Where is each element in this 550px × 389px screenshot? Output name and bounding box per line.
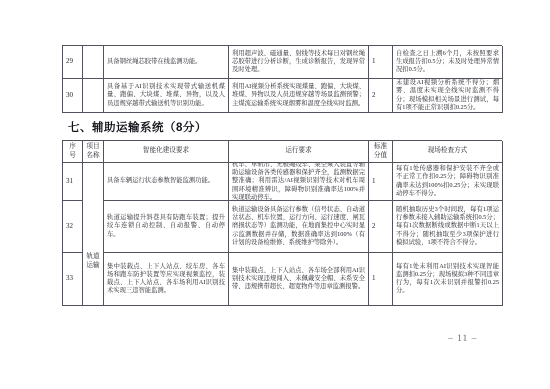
operation-requirement-cell: 机车、单轨吊、无极绳绞车、架空乘人装置等辅助运输设备各类传感器和保护齐全，监测数… [229, 163, 369, 201]
header-operation-requirement: 运行要求 [229, 141, 369, 163]
construction-requirement-cell: 具备车辆运行状态参数智能监测功能。 [104, 163, 229, 201]
construction-text: 集中装载点、上下人站点、绞车房、各车场和跑车防护装置等应实现视频监控，装载点、上… [107, 263, 225, 296]
construction-requirement-cell: 轨道运输提升斜巷具有防跑车装置；提升绞车连锁自动控制、自动报警、自动停车。 [104, 201, 229, 253]
operation-requirement-cell: 轨道运输设备具备运行参数（信号状态、自动道岔状态、机车位置、运行方向、运行速度、… [229, 201, 369, 253]
inspection-method-cell: 未建设AI视频分析系统不得分；烟雾、温度未实现全线实时监测不得分；现场模拟相关场… [393, 79, 503, 113]
score-cell: 1 [369, 46, 393, 79]
section-title: 七、辅助运输系统（8分） [68, 119, 498, 135]
score-text: 1 [372, 177, 389, 186]
construction-text: 轨道运输提升斜巷具有防跑车装置；提升绞车连锁自动控制、自动报警、自动停车。 [107, 214, 225, 239]
construction-text: 具备基于AI识别技术实现带式输送机煤量、跑偏、大块煤、堆煤、异物，以及人员违规穿… [107, 83, 225, 108]
seq-cell: 30 [63, 79, 83, 113]
inspection-method-cell: 随机抽取历史3个时间段，每有1项运行参数未接入辅助运输系统扣0.5分；每有1次数… [393, 201, 503, 253]
header-inspection-method: 现场检查方式 [393, 141, 503, 163]
project-name-cell-rail-transport: 轨道运输 [83, 163, 104, 306]
score-text: 2 [372, 222, 389, 231]
score-text: 2 [372, 91, 389, 100]
score-cell: 1 [369, 253, 393, 306]
inspection-text: 随机抽取历史3个时间段，每有1项运行参数未接入辅助运输系统扣0.5分；每有1次数… [396, 206, 499, 247]
operation-requirement-cell: 利用超声波、磁通量、射线等技术每日对钢丝绳芯胶带进行分析诊断，生成诊断报告，发现… [229, 46, 369, 79]
seq-cell: 31 [63, 163, 83, 201]
seq-cell: 32 [63, 201, 83, 253]
seq-33: 33 [66, 274, 79, 283]
construction-requirement-cell: 集中装载点、上下人站点、绞车房、各车场和跑车防护装置等应实现视频监控，装载点、上… [104, 253, 229, 306]
auxiliary-transport-table: 序号 项目名称 智能化建设要求 运行要求 标准分值 现场检查方式 31 轨道运输… [62, 140, 502, 306]
operation-text: 集中装载点、上下人站点、各车场全部利用AI识别技术实现违规闯入、未佩戴安全帽、未… [232, 267, 365, 292]
inspection-method-cell: 每有1处传感器和保护安装不齐全或不正常工作扣0.25分；障碍物识别准确率未达到1… [393, 163, 503, 201]
seq-31: 31 [66, 177, 79, 186]
operation-text: 轨道运输设备具备运行参数（信号状态、自动道岔状态、机车位置、运行方向、运行速度、… [232, 206, 365, 247]
operation-requirement-cell: 利用AI视频分析系统实现煤量、跑偏、大块煤、堆煤、异物以及人员违规穿越等场景监测… [229, 79, 369, 113]
seq-30: 30 [66, 91, 79, 100]
operation-text: 利用AI视频分析系统实现煤量、跑偏、大块煤、堆煤、异物以及人员违规穿越等场景监测… [232, 83, 365, 108]
inspection-text: 未建设AI视频分析系统不得分；烟雾、温度未实现全线实时监测不得分；现场模拟相关场… [396, 79, 499, 112]
operation-text: 机车、单轨吊、无极绳绞车、架空乘人装置等辅助运输设备各类传感器和保护齐全，监测数… [232, 163, 365, 201]
score-text: 1 [372, 274, 389, 283]
operation-text: 利用超声波、磁通量、射线等技术每日对钢丝绳芯胶带进行分析诊断，生成诊断报告，发现… [232, 50, 365, 75]
construction-requirement-cell: 具备钢丝绳芯胶带在线监测功能。 [104, 46, 229, 79]
inspection-text: 每有1处传感器和保护安装不齐全或不正常工作扣0.25分；障碍物识别准确率未达到1… [396, 165, 499, 198]
score-cell: 2 [369, 79, 393, 113]
scanned-document-page: 29 具备钢丝绳芯胶带在线监测功能。 利用超声波、磁通量、射线等技术每日对钢丝绳… [0, 0, 550, 389]
header-seq: 序号 [63, 141, 83, 163]
score-cell: 1 [369, 163, 393, 201]
construction-text: 具备车辆运行状态参数智能监测功能。 [107, 177, 225, 185]
seq-cell: 33 [63, 253, 83, 306]
project-name-cell-empty [83, 79, 104, 113]
header-standard-score: 标准分值 [369, 141, 393, 163]
seq-32: 32 [66, 222, 79, 231]
project-label: 轨道运输 [86, 253, 100, 270]
inspection-method-cell: 自检查之日上溯6个月，未按照要求生成报告扣0.5分；未及时处理异常情况扣0.5分… [393, 46, 503, 79]
project-name-cell-empty [83, 46, 104, 79]
previous-section-table: 29 具备钢丝绳芯胶带在线监测功能。 利用超声波、磁通量、射线等技术每日对钢丝绳… [62, 45, 502, 113]
header-project-name: 项目名称 [83, 141, 104, 163]
seq-29: 29 [66, 57, 79, 66]
inspection-text: 每有1处未利用AI识别技术实现智能监测扣0.25分；现场模拟3种不同违章行为，每… [396, 263, 499, 296]
score-cell: 2 [369, 201, 393, 253]
inspection-method-cell: 每有1处未利用AI识别技术实现智能监测扣0.25分；现场模拟3种不同违章行为，每… [393, 253, 503, 306]
operation-requirement-cell: 集中装载点、上下人站点、各车场全部利用AI识别技术实现违规闯入、未佩戴安全帽、未… [229, 253, 369, 306]
header-construction-requirement: 智能化建设要求 [104, 141, 229, 163]
inspection-text: 自检查之日上溯6个月，未按照要求生成报告扣0.5分；未及时处理异常情况扣0.5分… [396, 50, 499, 75]
seq-cell: 29 [63, 46, 83, 79]
score-text: 1 [372, 57, 389, 66]
construction-text: 具备钢丝绳芯胶带在线监测功能。 [107, 58, 225, 66]
page-number: – 11 – [448, 334, 477, 344]
construction-requirement-cell: 具备基于AI识别技术实现带式输送机煤量、跑偏、大块煤、堆煤、异物，以及人员违规穿… [104, 79, 229, 113]
